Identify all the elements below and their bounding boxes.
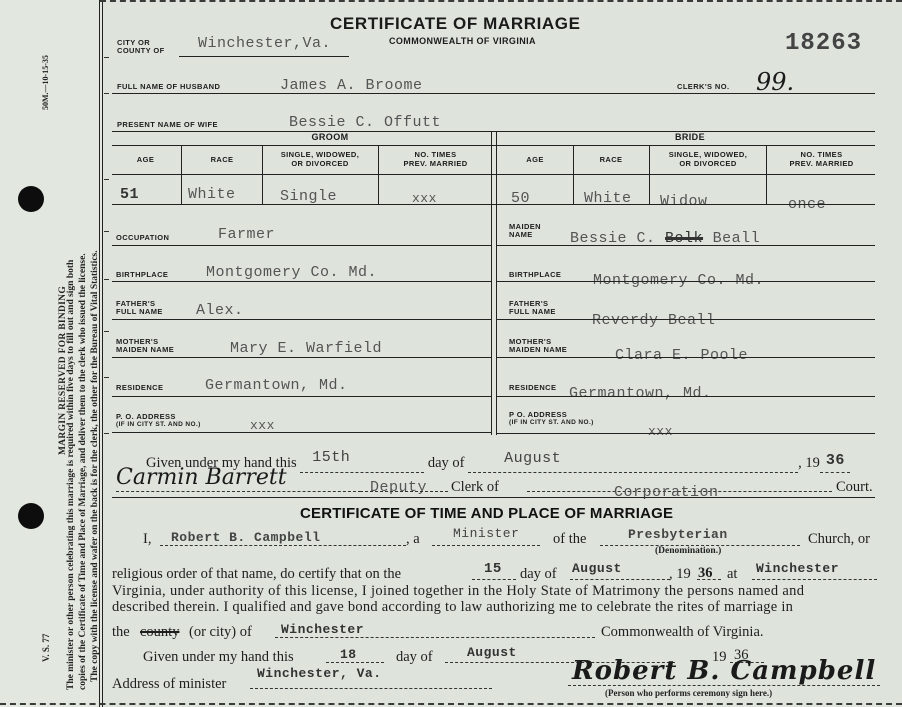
church-or-text: Church, or <box>808 531 870 548</box>
the-text: the <box>112 624 130 641</box>
license-year: 36 <box>826 452 845 469</box>
groom-mother: Mary E. Warfield <box>230 340 382 357</box>
groom-father-label: FATHER'SFULL NAME <box>116 300 163 316</box>
ceremony-a-text: , a <box>406 531 420 548</box>
ceremony-line3-text: Virginia, under authority of this licens… <box>112 583 804 600</box>
minister-given-text: Given under my hand this <box>143 649 294 666</box>
ceremony-title: CERTIFICATE OF TIME AND PLACE OF MARRIAG… <box>300 505 673 522</box>
punch-hole-icon <box>18 503 44 529</box>
minister-name: Robert B. Campbell <box>171 530 320 545</box>
minister-address-label: Address of minister <box>112 676 226 693</box>
form-number: 50M.—10-15-35 <box>41 55 50 110</box>
ceremony-line2-text: religious order of that name, do certify… <box>112 566 401 583</box>
groom-status: Single <box>280 188 337 205</box>
minister-given-day: 18 <box>340 647 357 662</box>
certificate-number: 18263 <box>785 30 862 57</box>
ceremony-place: Winchester <box>756 561 839 576</box>
bride-father-label: FATHER'SFULL NAME <box>509 300 556 316</box>
city-label: CITY OR COUNTY OF <box>117 39 165 55</box>
of-the-text: of the <box>553 531 586 548</box>
city-value: Winchester,Va. <box>198 35 331 52</box>
bride-residence-label: RESIDENCE <box>509 384 556 392</box>
groom-po-address: xxx <box>250 418 275 433</box>
clerk-of-text: Clerk of <box>451 479 499 496</box>
ceremony-year-prefix: , 19 <box>669 566 691 583</box>
groom-po-label: P. O. ADDRESS(IF IN CITY ST. AND NO.) <box>116 413 201 429</box>
top-perforation <box>100 0 902 3</box>
instruction-line-2: copies of the Certificate of Time and Pl… <box>78 253 88 690</box>
bride-age-header: AGE <box>498 155 572 164</box>
groom-occupation-label: OCCUPATION <box>116 234 169 242</box>
signature-caption: (Person who performs ceremony sign here.… <box>605 688 772 698</box>
ceremony-line4-text: described therein. I qualified and gave … <box>112 599 793 616</box>
form-code: V. S. 77 <box>41 634 51 662</box>
ceremony-city: Winchester <box>281 622 364 637</box>
margin-rule <box>99 0 103 707</box>
denomination-value: Presbyterian <box>628 527 728 542</box>
bride-mother: Clara E. Poole <box>615 347 748 364</box>
court-name: Corporation <box>614 484 719 501</box>
margin-ticks <box>104 0 110 707</box>
marriage-certificate: V. S. 77 50M.—10-15-35 MARGIN RESERVED F… <box>0 0 902 707</box>
groom-age: 51 <box>120 186 139 203</box>
deputy-value: Deputy <box>370 479 427 496</box>
husband-label: FULL NAME OF HUSBAND <box>117 83 220 91</box>
bride-birthplace-label: BIRTHPLACE <box>509 271 561 279</box>
clerk-signature: Carmin Barrett <box>116 465 287 490</box>
groom-occupation: Farmer <box>218 226 275 243</box>
groom-status-header: SINGLE, WIDOWED,OR DIVORCED <box>263 150 377 168</box>
groom-age-header: AGE <box>112 155 179 164</box>
certificate-title: CERTIFICATE OF MARRIAGE <box>330 14 581 34</box>
wife-label: PRESENT NAME OF WIFE <box>117 121 218 129</box>
bride-father: Reverdy Beall <box>592 312 716 329</box>
groom-heading: GROOM <box>280 133 380 142</box>
groom-father: Alex. <box>196 302 244 319</box>
clerk-no-label: CLERK'S NO. <box>677 83 729 91</box>
certificate-subtitle: COMMONWEALTH OF VIRGINIA <box>389 36 536 46</box>
commonwealth-text: Commonwealth of Virginia. <box>601 624 764 641</box>
minister-given-day-of: day of <box>396 649 433 666</box>
minister-given-month: August <box>467 645 517 660</box>
bride-mother-label: MOTHER'SMAIDEN NAME <box>509 338 567 354</box>
groom-race: White <box>188 186 236 203</box>
ceremony-year: 36 <box>698 565 713 582</box>
county-struck: county <box>140 624 179 641</box>
groom-race-header: RACE <box>183 155 261 164</box>
groom-birthplace-label: BIRTHPLACE <box>116 271 168 279</box>
court-text: Court. <box>836 479 873 496</box>
license-month: August <box>504 450 561 467</box>
or-city-text: (or city) of <box>189 624 252 641</box>
groom-residence-label: RESIDENCE <box>116 384 163 392</box>
binding-margin: V. S. 77 50M.—10-15-35 MARGIN RESERVED F… <box>0 0 103 707</box>
wife-name: Bessie C. Offutt <box>289 114 441 131</box>
denomination-caption: (Denomination.) <box>655 546 721 556</box>
bottom-perforation <box>0 703 902 706</box>
minister-signature: Robert B. Campbell <box>572 656 876 686</box>
bride-po-label: P O. ADDRESS(IF IN CITY ST. AND NO.) <box>509 411 594 427</box>
groom-mother-label: MOTHER'SMAIDEN NAME <box>116 338 174 354</box>
at-text: at <box>727 566 737 583</box>
bride-residence: Germantown, Md. <box>569 385 712 402</box>
instruction-line-1: The minister or other person celebrating… <box>66 260 76 690</box>
bride-heading: BRIDE <box>640 133 740 142</box>
bride-po-address: xxx <box>648 424 673 439</box>
bride-race-header: RACE <box>574 155 648 164</box>
license-day: 15th <box>312 449 350 466</box>
clerk-no-value: 99. <box>756 68 794 96</box>
bride-status: Widow <box>660 193 708 210</box>
groom-residence: Germantown, Md. <box>205 377 348 394</box>
ceremony-day: 15 <box>484 561 502 577</box>
groom-birthplace: Montgomery Co. Md. <box>206 264 377 281</box>
minister-title: Minister <box>453 526 519 541</box>
minister-address: Winchester, Va. <box>257 666 382 681</box>
bride-maiden-label: MAIDENNAME <box>509 223 541 239</box>
ceremony-month: August <box>572 561 622 576</box>
ceremony-day-of: day of <box>520 566 557 583</box>
groom-times-header: NO. TIMESPREV. MARRIED <box>380 150 491 168</box>
ceremony-i-text: I, <box>143 531 151 548</box>
bride-status-header: SINGLE, WIDOWED,OR DIVORCED <box>650 150 766 168</box>
punch-hole-icon <box>18 186 44 212</box>
husband-name: James A. Broome <box>280 77 423 94</box>
bride-times-header: NO. TIMESPREV. MARRIED <box>768 150 875 168</box>
